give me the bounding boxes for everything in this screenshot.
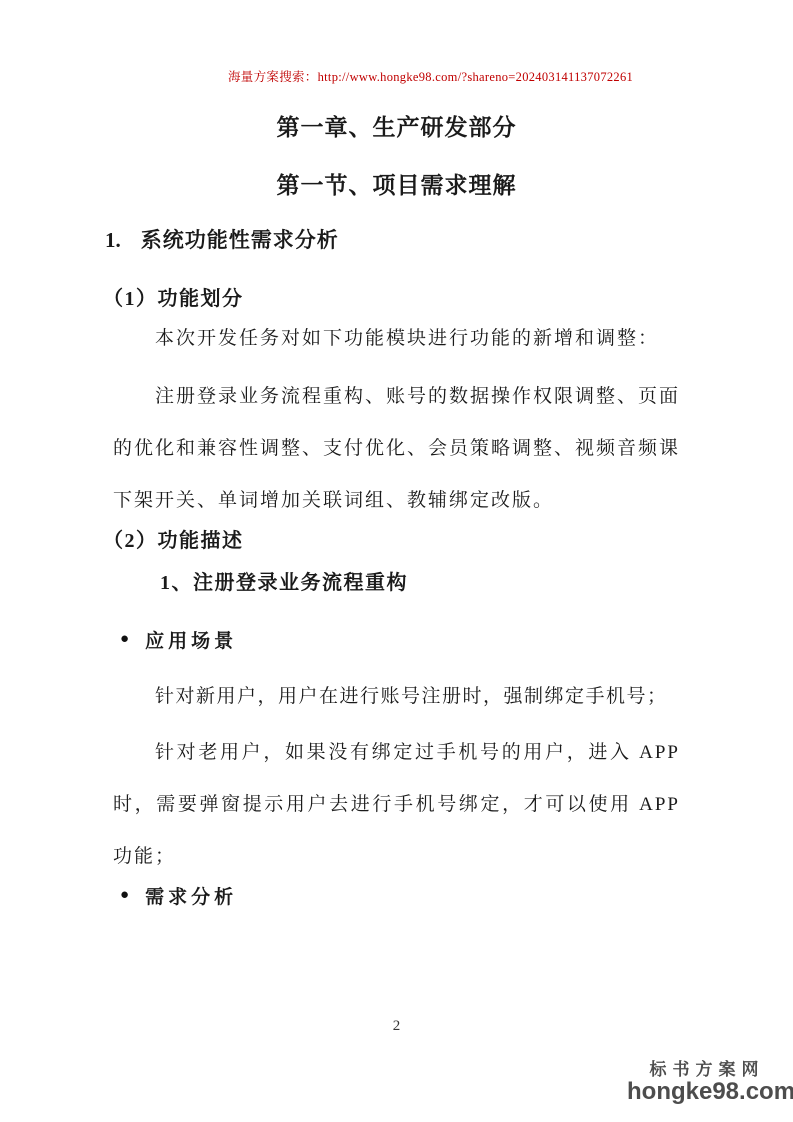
bullet-icon: ● xyxy=(120,888,129,903)
bullet-item-requirement-analysis: ● 需求分析 xyxy=(120,882,237,909)
site-watermark: 标书方案网 hongke98.com xyxy=(627,1060,787,1104)
heading-function-division: （1）功能划分 xyxy=(103,282,244,311)
paragraph-module-list: 注册登录业务流程重构、账号的数据操作权限调整、页面的优化和兼容性调整、支付优化、… xyxy=(113,371,680,527)
paragraph-new-users: 针对新用户，用户在进行账号注册时，强制绑定手机号； xyxy=(113,671,680,723)
header-source-link: 海量方案搜索：http://www.hongke98.com/?shareno=… xyxy=(228,67,633,85)
section-title: 第一节、项目需求理解 xyxy=(0,167,793,200)
paragraph-intro: 本次开发任务对如下功能模块进行功能的新增和调整： xyxy=(113,313,680,365)
bullet-label: 需求分析 xyxy=(145,882,237,909)
bullet-item-application-scenario: ● 应用场景 xyxy=(120,626,237,653)
document-page: 海量方案搜索：http://www.hongke98.com/?shareno=… xyxy=(0,0,793,1122)
heading-register-login-rebuild: 1、注册登录业务流程重构 xyxy=(160,566,408,595)
heading-functional-requirements: 1.系统功能性需求分析 xyxy=(105,224,339,254)
watermark-site-name: 标书方案网 xyxy=(627,1060,787,1080)
heading-text: 系统功能性需求分析 xyxy=(141,228,339,252)
paragraph-old-users: 针对老用户，如果没有绑定过手机号的用户，进入 APP 时，需要弹窗提示用户去进行… xyxy=(113,727,680,883)
page-number: 2 xyxy=(0,1018,793,1035)
heading-number: 1. xyxy=(105,228,121,253)
heading-function-description: （2）功能描述 xyxy=(103,524,244,553)
bullet-icon: ● xyxy=(120,632,129,647)
watermark-domain: hongke98.com xyxy=(627,1080,787,1104)
bullet-label: 应用场景 xyxy=(145,626,237,653)
chapter-title: 第一章、生产研发部分 xyxy=(0,109,793,142)
